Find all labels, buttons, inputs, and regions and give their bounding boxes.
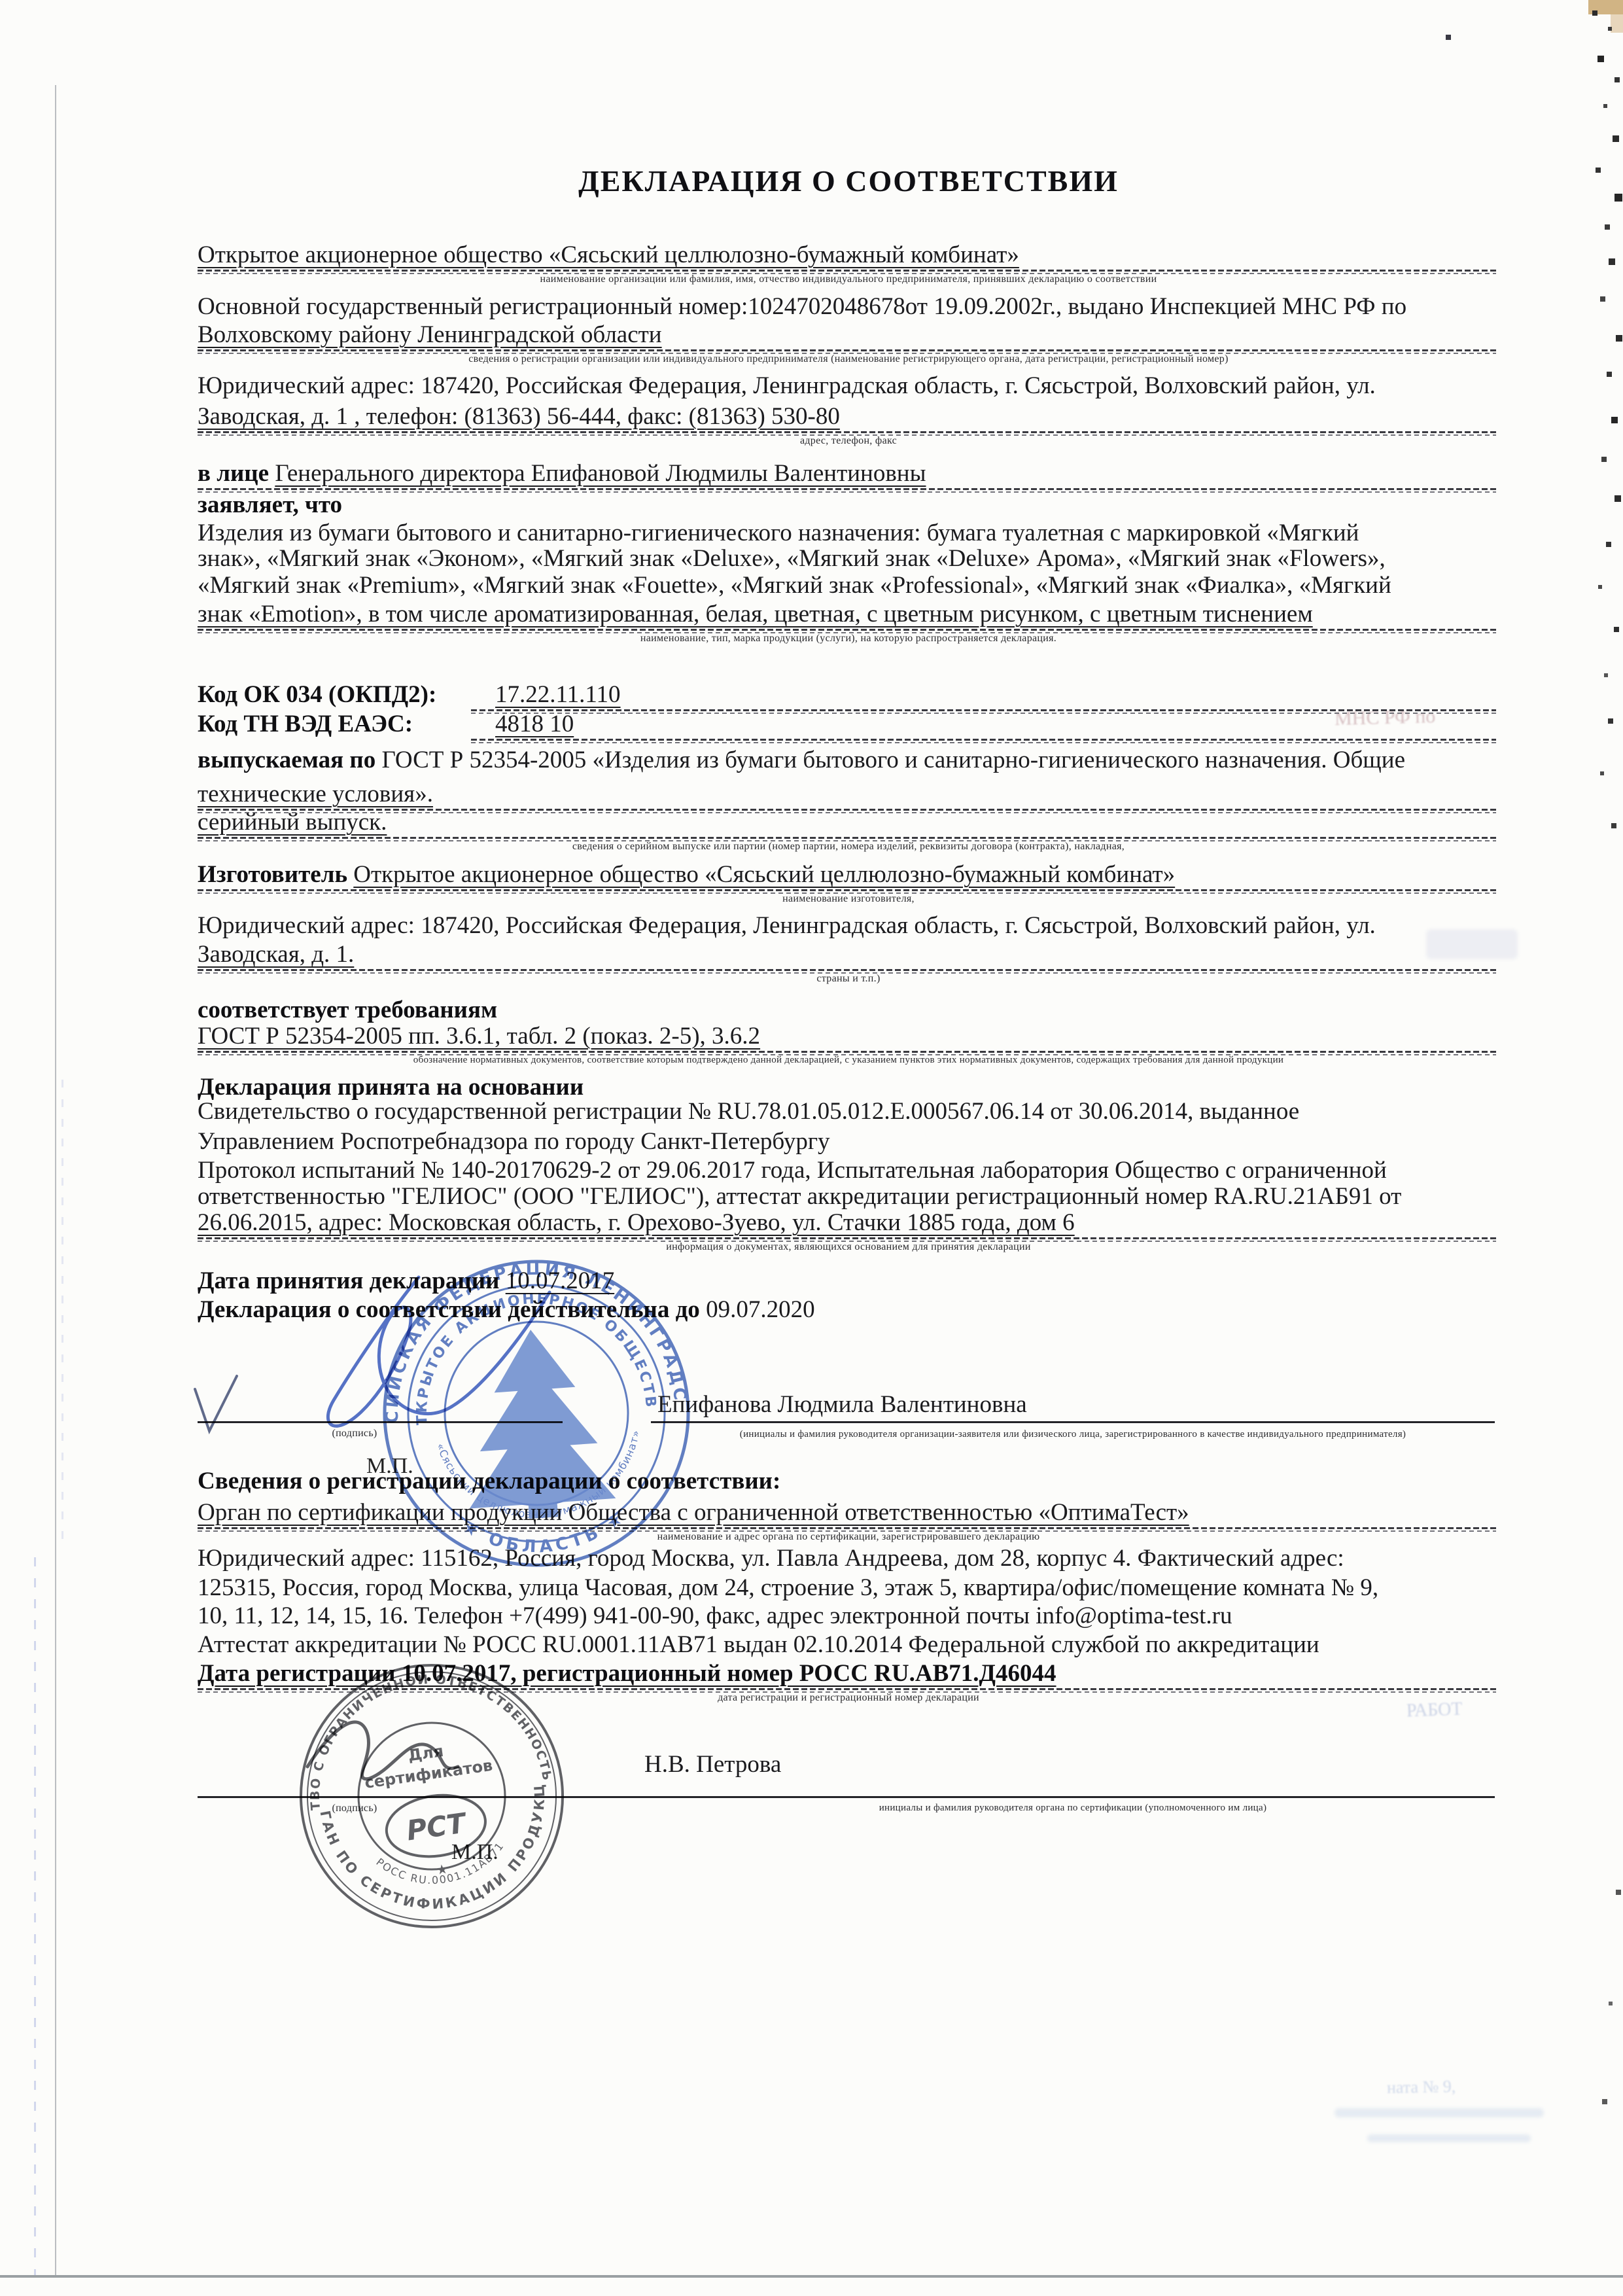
product-line-1: Изделия из бумаги бытового и санитарно-г… bbox=[198, 519, 1499, 548]
valid-until-value: 09.07.2020 bbox=[706, 1296, 815, 1323]
declarant-name-caption: наименование организации или фамилия, им… bbox=[198, 274, 1499, 285]
basis-caption: информация о документах, являющихся осно… bbox=[198, 1241, 1499, 1253]
declarant-address-text-1: Юридический адрес: 187420, Российская Фе… bbox=[198, 372, 1376, 399]
basis-text-1: Свидетельство о государственной регистра… bbox=[198, 1098, 1299, 1125]
product-caption: наименование, тип, марка продукции (услу… bbox=[198, 633, 1499, 645]
product-text-1: Изделия из бумаги бытового и санитарно-г… bbox=[198, 520, 1359, 546]
scan-bottom-edge-line bbox=[0, 2275, 1623, 2278]
product-text-3: «Мягкий знак «Premium», «Мягкий знак «Fo… bbox=[198, 572, 1391, 599]
declarant-name: Открытое акционерное общество «Сясьский … bbox=[198, 241, 1499, 270]
in-person-value: Генерального директора Епифановой Людмил… bbox=[275, 460, 926, 487]
ogrn-line-2: Волховскому району Ленинградской области bbox=[198, 321, 1499, 349]
manufacturer-name: Открытое акционерное общество «Сясьский … bbox=[353, 861, 1175, 888]
manufacturer-caption: наименование изготовителя, bbox=[198, 893, 1499, 905]
product-line-2: знак», «Мягкий знак «Эконом», «Мягкий зн… bbox=[198, 544, 1499, 573]
declarant-address-text-2: Заводская, д. 1 , телефон: (81363) 56-44… bbox=[198, 403, 840, 430]
check-mark bbox=[190, 1371, 242, 1436]
tnved-label: Код ТН ВЭД ЕАЭС: bbox=[198, 711, 413, 737]
attestat-line: Аттестат аккредитации № РОСС RU.0001.11А… bbox=[198, 1631, 1499, 1659]
declarant-name-text: Открытое акционерное общество «Сясьский … bbox=[198, 241, 1019, 268]
handwritten-signature-2 bbox=[288, 1695, 484, 1826]
gost-text-1: ГОСТ Р 52354-2005 «Изделия из бумаги быт… bbox=[381, 747, 1405, 773]
product-line-4: знак «Emotion», в том числе ароматизиров… bbox=[198, 600, 1499, 629]
declarant-address-1: Юридический адрес: 187420, Российская Фе… bbox=[198, 372, 1499, 400]
cert-address-text-3: 10, 11, 12, 14, 15, 16. Телефон +7(499) … bbox=[198, 1602, 1232, 1629]
declarant-address-2: Заводская, д. 1 , телефон: (81363) 56-44… bbox=[198, 402, 1499, 431]
serial-text: серийный выпуск. bbox=[198, 809, 387, 836]
declares-line: заявляет, что bbox=[198, 491, 1499, 520]
cert-address-text-2: 125315, Россия, город Москва, улица Часо… bbox=[198, 1574, 1378, 1601]
cert-head-name-text: Н.В. Петрова bbox=[644, 1751, 781, 1778]
serial-line: серийный выпуск. bbox=[198, 808, 1499, 837]
scanned-declaration-page: МНС РФ по РАБОТ ната № 9, ДЕКЛАРАЦИЯ О С… bbox=[0, 0, 1623, 2296]
manufacturer-label: Изготовитель bbox=[198, 861, 347, 888]
tnved-value: 4818 10 bbox=[495, 710, 574, 739]
signature-name-line bbox=[651, 1421, 1495, 1423]
cert-head-name: Н.В. Петрова bbox=[644, 1750, 1482, 1779]
manufacturer-address-2: Заводская, д. 1. bbox=[198, 940, 1499, 969]
scan-left-blue-dashes bbox=[34, 1557, 36, 2277]
address-caption: адрес, телефон, факс bbox=[198, 435, 1499, 447]
in-person-line: в лице Генерального директора Епифановой… bbox=[198, 459, 1499, 488]
basis-text-4: ответственностью "ГЕЛИОС" (ООО "ГЕЛИОС")… bbox=[198, 1183, 1401, 1210]
scan-corner-mark-2 bbox=[1611, 14, 1623, 33]
manufacturer-address-1: Юридический адрес: 187420, Российская Фе… bbox=[198, 911, 1499, 940]
basis-line-3: Протокол испытаний № 140-20170629-2 от 2… bbox=[198, 1156, 1499, 1185]
manufacturer-address-text-2: Заводская, д. 1. bbox=[198, 941, 354, 968]
cert-address-text-1: Юридический адрес: 115162, Россия, город… bbox=[198, 1545, 1344, 1572]
ogrn-text-2: Волховскому району Ленинградской области bbox=[198, 321, 662, 348]
dotted-rule bbox=[471, 739, 1496, 744]
gost-line-2: технические условия». bbox=[198, 780, 1499, 809]
bleedthrough-blob bbox=[1367, 2134, 1531, 2142]
conformity-caption: обозначение нормативных документов, соот… bbox=[198, 1055, 1499, 1066]
basis-text-3: Протокол испытаний № 140-20170629-2 от 2… bbox=[198, 1157, 1387, 1184]
product-text-4: знак «Emotion», в том числе ароматизиров… bbox=[198, 601, 1313, 627]
ogrn-line-1: Основной государственный регистрационный… bbox=[198, 292, 1499, 321]
signature-name-caption-2: инициалы и фамилия руководителя органа п… bbox=[651, 1803, 1495, 1814]
basis-line-4: ответственностью "ГЕЛИОС" (ООО "ГЕЛИОС")… bbox=[198, 1182, 1499, 1211]
cert-address-3: 10, 11, 12, 14, 15, 16. Телефон +7(499) … bbox=[198, 1602, 1499, 1631]
gost-line-1: выпускаемая по ГОСТ Р 52354-2005 «Издели… bbox=[198, 746, 1499, 775]
bleedthrough-text: ната № 9, bbox=[1387, 2077, 1456, 2098]
conformity-value-line: ГОСТ Р 52354-2005 пп. 3.6.1, табл. 2 (по… bbox=[198, 1022, 1499, 1051]
okpd2-line: Код ОК 034 (ОКПД2):17.22.11.110 bbox=[198, 680, 1499, 709]
scan-left-blue-dashes-2 bbox=[61, 1080, 63, 1551]
product-line-3: «Мягкий знак «Premium», «Мягкий знак «Fo… bbox=[198, 571, 1499, 600]
serial-caption: сведения о серийном выпуске или партии (… bbox=[198, 841, 1499, 853]
bleedthrough-blob bbox=[1335, 2108, 1544, 2117]
handwritten-signature bbox=[314, 1263, 589, 1433]
attestat-text: Аттестат аккредитации № РОСС RU.0001.11А… bbox=[198, 1631, 1319, 1658]
in-person-label: в лице bbox=[198, 460, 269, 487]
scan-corner-mark bbox=[1588, 0, 1623, 14]
basis-line-5: 26.06.2015, адрес: Московская область, г… bbox=[198, 1209, 1499, 1237]
okpd2-value: 17.22.11.110 bbox=[495, 680, 621, 709]
product-text-2: знак», «Мягкий знак «Эконом», «Мягкий зн… bbox=[198, 545, 1386, 572]
ogrn-text-1: Основной государственный регистрационный… bbox=[198, 293, 1406, 320]
manufacturer-address-text-1: Юридический адрес: 187420, Российская Фе… bbox=[198, 912, 1376, 939]
declares-label: заявляет, что bbox=[198, 491, 342, 518]
okpd2-label: Код ОК 034 (ОКПД2): bbox=[198, 681, 436, 708]
basis-line-2: Управлением Роспотребнадзора по городу С… bbox=[198, 1127, 1499, 1156]
conformity-heading: соответствует требованиям bbox=[198, 996, 1499, 1025]
stamp-star: ★ bbox=[435, 1861, 449, 1878]
scan-noise-speckles bbox=[0, 0, 3, 3]
signature-name-caption: (инициалы и фамилия руководителя организ… bbox=[651, 1429, 1495, 1440]
basis-line-1: Свидетельство о государственной регистра… bbox=[198, 1097, 1499, 1126]
tnved-line: Код ТН ВЭД ЕАЭС:4818 10 bbox=[198, 710, 1499, 739]
basis-text-2: Управлением Роспотребнадзора по городу С… bbox=[198, 1128, 830, 1155]
manufacturer-address-caption: страны и т.п.) bbox=[198, 973, 1499, 985]
conformity-label: соответствует требованиям bbox=[198, 997, 497, 1023]
basis-text-5: 26.06.2015, адрес: Московская область, г… bbox=[198, 1209, 1075, 1236]
gost-label: выпускаемая по bbox=[198, 747, 375, 773]
document-title: ДЕКЛАРАЦИЯ О СООТВЕТСТВИИ bbox=[198, 164, 1499, 198]
gost-text-2: технические условия». bbox=[198, 781, 433, 807]
ogrn-caption: сведения о регистрации организации или и… bbox=[198, 353, 1499, 365]
manufacturer-line: Изготовитель Открытое акционерное общест… bbox=[198, 860, 1499, 889]
scan-left-edge-line bbox=[55, 85, 56, 2277]
declarant-head-name-text: Епифанова Людмила Валентиновна bbox=[657, 1391, 1027, 1418]
declarant-head-name: Епифанова Людмила Валентиновна bbox=[657, 1390, 1495, 1419]
conformity-value: ГОСТ Р 52354-2005 пп. 3.6.1, табл. 2 (по… bbox=[198, 1023, 760, 1050]
basis-label: Декларация принята на основании bbox=[198, 1074, 584, 1101]
